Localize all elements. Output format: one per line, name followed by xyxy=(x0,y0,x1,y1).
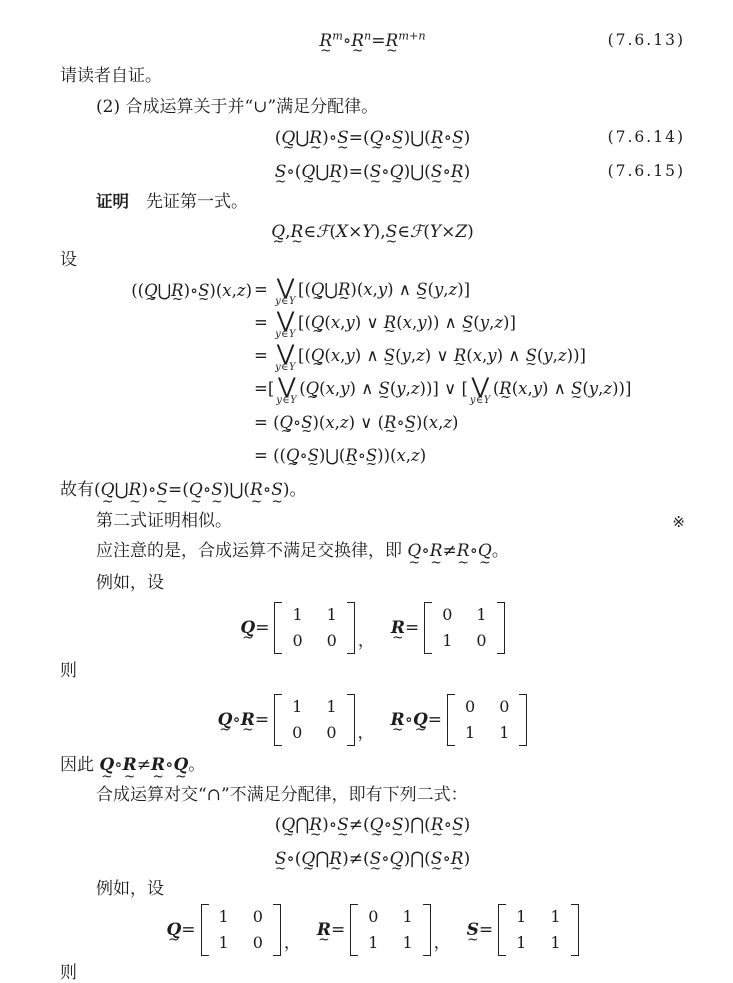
matrix-bracket-left xyxy=(350,904,358,956)
matrix: 0110 xyxy=(424,602,504,654)
matrix-item-1: Q~=1100 xyxy=(240,602,354,654)
matrix-bracket-right xyxy=(497,602,505,654)
matrix-cell: 1 xyxy=(292,699,302,715)
matrix-cell: 1 xyxy=(476,607,486,623)
formula-7-6-13: R~m∘R~n=R~m+n xyxy=(319,31,425,51)
matrix-cell: 1 xyxy=(499,725,509,741)
derivation-line-6: = ((Q~∘S~)⋃(R~∘S~))(x,z) xyxy=(60,439,685,472)
matrix-separator: ， xyxy=(358,626,375,651)
derivation-rhs: = ⋁y∈Y[(Q~(x,y) ∧ S~(y,z) ∨ R~(x,y) ∧ S~… xyxy=(252,342,586,371)
formula-ineq-1: (Q~⋂R~)∘S~≠(Q~∘S~)⋂(R~∘S~) xyxy=(275,815,471,835)
matrix-cell: 0 xyxy=(476,633,486,649)
derivation-rhs: = ((Q~∘S~)⋃(R~∘S~))(x,z) xyxy=(252,446,426,465)
derivation-rhs: = ⋁y∈Y[(Q~⋃R~)(x,y) ∧ S~(y,z)] xyxy=(252,276,470,305)
matrix-row-q-r-s: Q~=1010，R~=0111，S~=1111 xyxy=(60,901,685,959)
matrix-cells: 1100 xyxy=(282,602,346,654)
matrix-cell: 1 xyxy=(368,935,378,951)
matrix-cell: 1 xyxy=(442,633,452,649)
matrix-cell: 0 xyxy=(465,699,475,715)
proof-text: 先证第一式。 xyxy=(146,192,248,212)
matrix-bracket-right xyxy=(519,694,527,746)
matrix-cell: 0 xyxy=(292,633,302,649)
derivation-line-4: =[⋁y∈Y(Q~(x,y) ∧ S~(y,z))] ∨ [⋁y∈Y(R~(x,… xyxy=(60,373,685,406)
matrix-bracket-left xyxy=(424,602,432,654)
matrix-label: Q~∘R~= xyxy=(218,710,270,730)
matrix-bracket-left xyxy=(201,904,209,956)
paragraph-yinci: 因此 Q~∘R~≠R~∘Q~。 xyxy=(60,753,685,777)
matrix-cell: 0 xyxy=(442,607,452,623)
matrix-cells: 0110 xyxy=(432,602,496,654)
matrix-cell: 0 xyxy=(253,909,263,925)
matrix: 1111 xyxy=(498,904,578,956)
matrix-item-1: Q~=1010 xyxy=(166,904,280,956)
matrix-cell: 1 xyxy=(516,935,526,951)
matrix-item-2: R~=0110 xyxy=(391,602,505,654)
matrix-cell: 0 xyxy=(499,699,509,715)
matrix-cell: 1 xyxy=(327,607,337,623)
paragraph-guyou: 故有(Q~⋃R~)∘S~=(Q~∘S~)⋃(R~∘S~)。 xyxy=(60,478,685,502)
paragraph-self-prove: 请读者自证。 xyxy=(60,64,685,88)
paragraph-note-noncommutative: 应注意的是，合成运算不满足交换律，即 Q~∘R~≠R~∘Q~。 xyxy=(60,539,685,563)
equation-row-7-6-13: R~m∘R~n=R~m+n (7.6.13) xyxy=(60,24,685,56)
matrix: 0111 xyxy=(350,904,430,956)
matrix: 0011 xyxy=(447,694,527,746)
matrix-cell: 1 xyxy=(516,909,526,925)
matrix-cell: 1 xyxy=(402,935,412,951)
formula-7-6-14: (Q~⋃R~)∘S~=(Q~∘S~)⋃(R~∘S~) xyxy=(275,128,471,148)
matrix-bracket-right xyxy=(273,904,281,956)
matrix-cell: 0 xyxy=(292,725,302,741)
matrix: 1100 xyxy=(274,602,354,654)
derivation-rhs: = ⋁y∈Y[(Q~(x,y) ∨ R~(x,y)) ∧ S~(y,z)] xyxy=(252,309,516,338)
proof-label: 证明 xyxy=(96,192,129,211)
derivation-rhs: = (Q~∘S~)(x,z) ∨ (R~∘S~)(x,z) xyxy=(252,413,458,432)
formula-7-6-15: S~∘(Q~⋃R~)=(S~∘Q~)⋃(S~∘R~) xyxy=(275,162,471,182)
paragraph-ze-2: 则 xyxy=(60,961,685,983)
matrix-separator: ， xyxy=(434,928,451,953)
matrix-item-2: R~=0111 xyxy=(317,904,431,956)
matrix-label: S~= xyxy=(467,920,494,940)
matrix-bracket-right xyxy=(347,602,355,654)
derivation-line-5: = (Q~∘S~)(x,z) ∨ (R~∘S~)(x,z) xyxy=(60,406,685,439)
matrix-cell: 1 xyxy=(550,935,560,951)
matrix-label: R~= xyxy=(391,618,419,638)
paragraph-item-2: (2) 合成运算关于并“∪”满足分配律。 xyxy=(60,95,685,119)
formula-domain: Q~,R~∈ℱ(X×Y),S~∈ℱ(Y×Z) xyxy=(271,222,474,242)
matrix-cells: 0111 xyxy=(358,904,422,956)
matrix: 1010 xyxy=(201,904,281,956)
formula-ineq-2: S~∘(Q~⋂R~)≠(S~∘Q~)⋂(S~∘R~) xyxy=(275,849,471,869)
matrix-cell: 1 xyxy=(326,699,336,715)
equation-row-7-6-14: (Q~⋃R~)∘S~=(Q~∘S~)⋃(R~∘S~) (7.6.14) xyxy=(60,121,685,153)
matrix-bracket-left xyxy=(274,694,282,746)
matrix-item-1: Q~∘R~=1100 xyxy=(218,694,355,746)
matrix-cells: 0011 xyxy=(455,694,519,746)
matrix-label: Q~= xyxy=(166,920,195,940)
textbook-page: R~m∘R~n=R~m+n (7.6.13) 请读者自证。 (2) 合成运算关于… xyxy=(0,0,733,983)
derivation-line-1: ((Q~⋃R~)∘S~)(x,z)= ⋁y∈Y[(Q~⋃R~)(x,y) ∧ S… xyxy=(60,274,685,307)
matrix-bracket-left xyxy=(447,694,455,746)
equation-row-7-6-15: S~∘(Q~⋃R~)=(S~∘Q~)⋃(S~∘R~) (7.6.15) xyxy=(60,155,685,187)
matrix-label: R~∘Q~= xyxy=(391,710,443,730)
equation-row-ineq-1: (Q~⋂R~)∘S~≠(Q~∘S~)⋂(R~∘S~) xyxy=(60,808,685,840)
end-of-proof-mark: ※ xyxy=(672,510,685,534)
equation-number-7-6-14: (7.6.14) xyxy=(608,128,685,146)
matrix-cell: 0 xyxy=(368,909,378,925)
paragraph-second-proof: 第二式证明相似。※ xyxy=(60,509,685,533)
matrix-cell: 0 xyxy=(326,725,336,741)
matrix-cell: 0 xyxy=(253,935,263,951)
matrix-item-2: R~∘Q~=0011 xyxy=(391,694,528,746)
matrix-cells: 1010 xyxy=(209,904,273,956)
matrix-cell: 0 xyxy=(327,633,337,649)
equation-row-domain: Q~,R~∈ℱ(X×Y),S~∈ℱ(Y×Z) xyxy=(60,216,685,246)
matrix-cells: 1100 xyxy=(282,694,346,746)
matrix-cell: 1 xyxy=(219,909,229,925)
proof-derivation: ((Q~⋃R~)∘S~)(x,z)= ⋁y∈Y[(Q~⋃R~)(x,y) ∧ S… xyxy=(60,274,685,472)
derivation-lhs: ((Q~⋃R~)∘S~)(x,z) xyxy=(60,281,252,300)
second-proof-text: 第二式证明相似。 xyxy=(96,511,232,531)
matrix-bracket-right xyxy=(571,904,579,956)
paragraph-ze-1: 则 xyxy=(60,659,685,683)
equation-row-ineq-2: S~∘(Q~⋂R~)≠(S~∘Q~)⋂(S~∘R~) xyxy=(60,842,685,874)
paragraph-proof: 证明先证第一式。 xyxy=(60,190,685,214)
paragraph-she: 设 xyxy=(60,248,685,272)
matrix-bracket-left xyxy=(498,904,506,956)
matrix-bracket-right xyxy=(347,694,355,746)
matrix-item-3: S~=1111 xyxy=(467,904,579,956)
matrix-row-q-r: Q~=1100，R~=0110 xyxy=(60,599,685,657)
matrix-label: R~= xyxy=(317,920,345,940)
matrix-cells: 1111 xyxy=(506,904,570,956)
matrix-row-qr-rq: Q~∘R~=1100，R~∘Q~=0011 xyxy=(60,691,685,749)
matrix-cell: 1 xyxy=(292,607,302,623)
matrix: 1100 xyxy=(274,694,354,746)
matrix-separator: ， xyxy=(284,928,301,953)
equation-number-7-6-15: (7.6.15) xyxy=(608,162,685,180)
matrix-label: Q~= xyxy=(240,618,269,638)
paragraph-example-2: 例如，设 xyxy=(60,877,685,901)
matrix-separator: ， xyxy=(358,718,375,743)
matrix-cell: 1 xyxy=(402,909,412,925)
matrix-cell: 1 xyxy=(550,909,560,925)
derivation-line-2: = ⋁y∈Y[(Q~(x,y) ∨ R~(x,y)) ∧ S~(y,z)] xyxy=(60,307,685,340)
matrix-bracket-right xyxy=(423,904,431,956)
equation-number-7-6-13: (7.6.13) xyxy=(608,31,685,49)
matrix-cell: 1 xyxy=(465,725,475,741)
matrix-cell: 1 xyxy=(219,935,229,951)
paragraph-intersection-note: 合成运算对交“∩”不满足分配律，即有下列二式： xyxy=(60,783,685,807)
matrix-bracket-left xyxy=(274,602,282,654)
derivation-rhs: =[⋁y∈Y(Q~(x,y) ∧ S~(y,z))] ∨ [⋁y∈Y(R~(x,… xyxy=(252,375,631,404)
derivation-line-3: = ⋁y∈Y[(Q~(x,y) ∧ S~(y,z) ∨ R~(x,y) ∧ S~… xyxy=(60,340,685,373)
paragraph-example-1: 例如，设 xyxy=(60,571,685,595)
